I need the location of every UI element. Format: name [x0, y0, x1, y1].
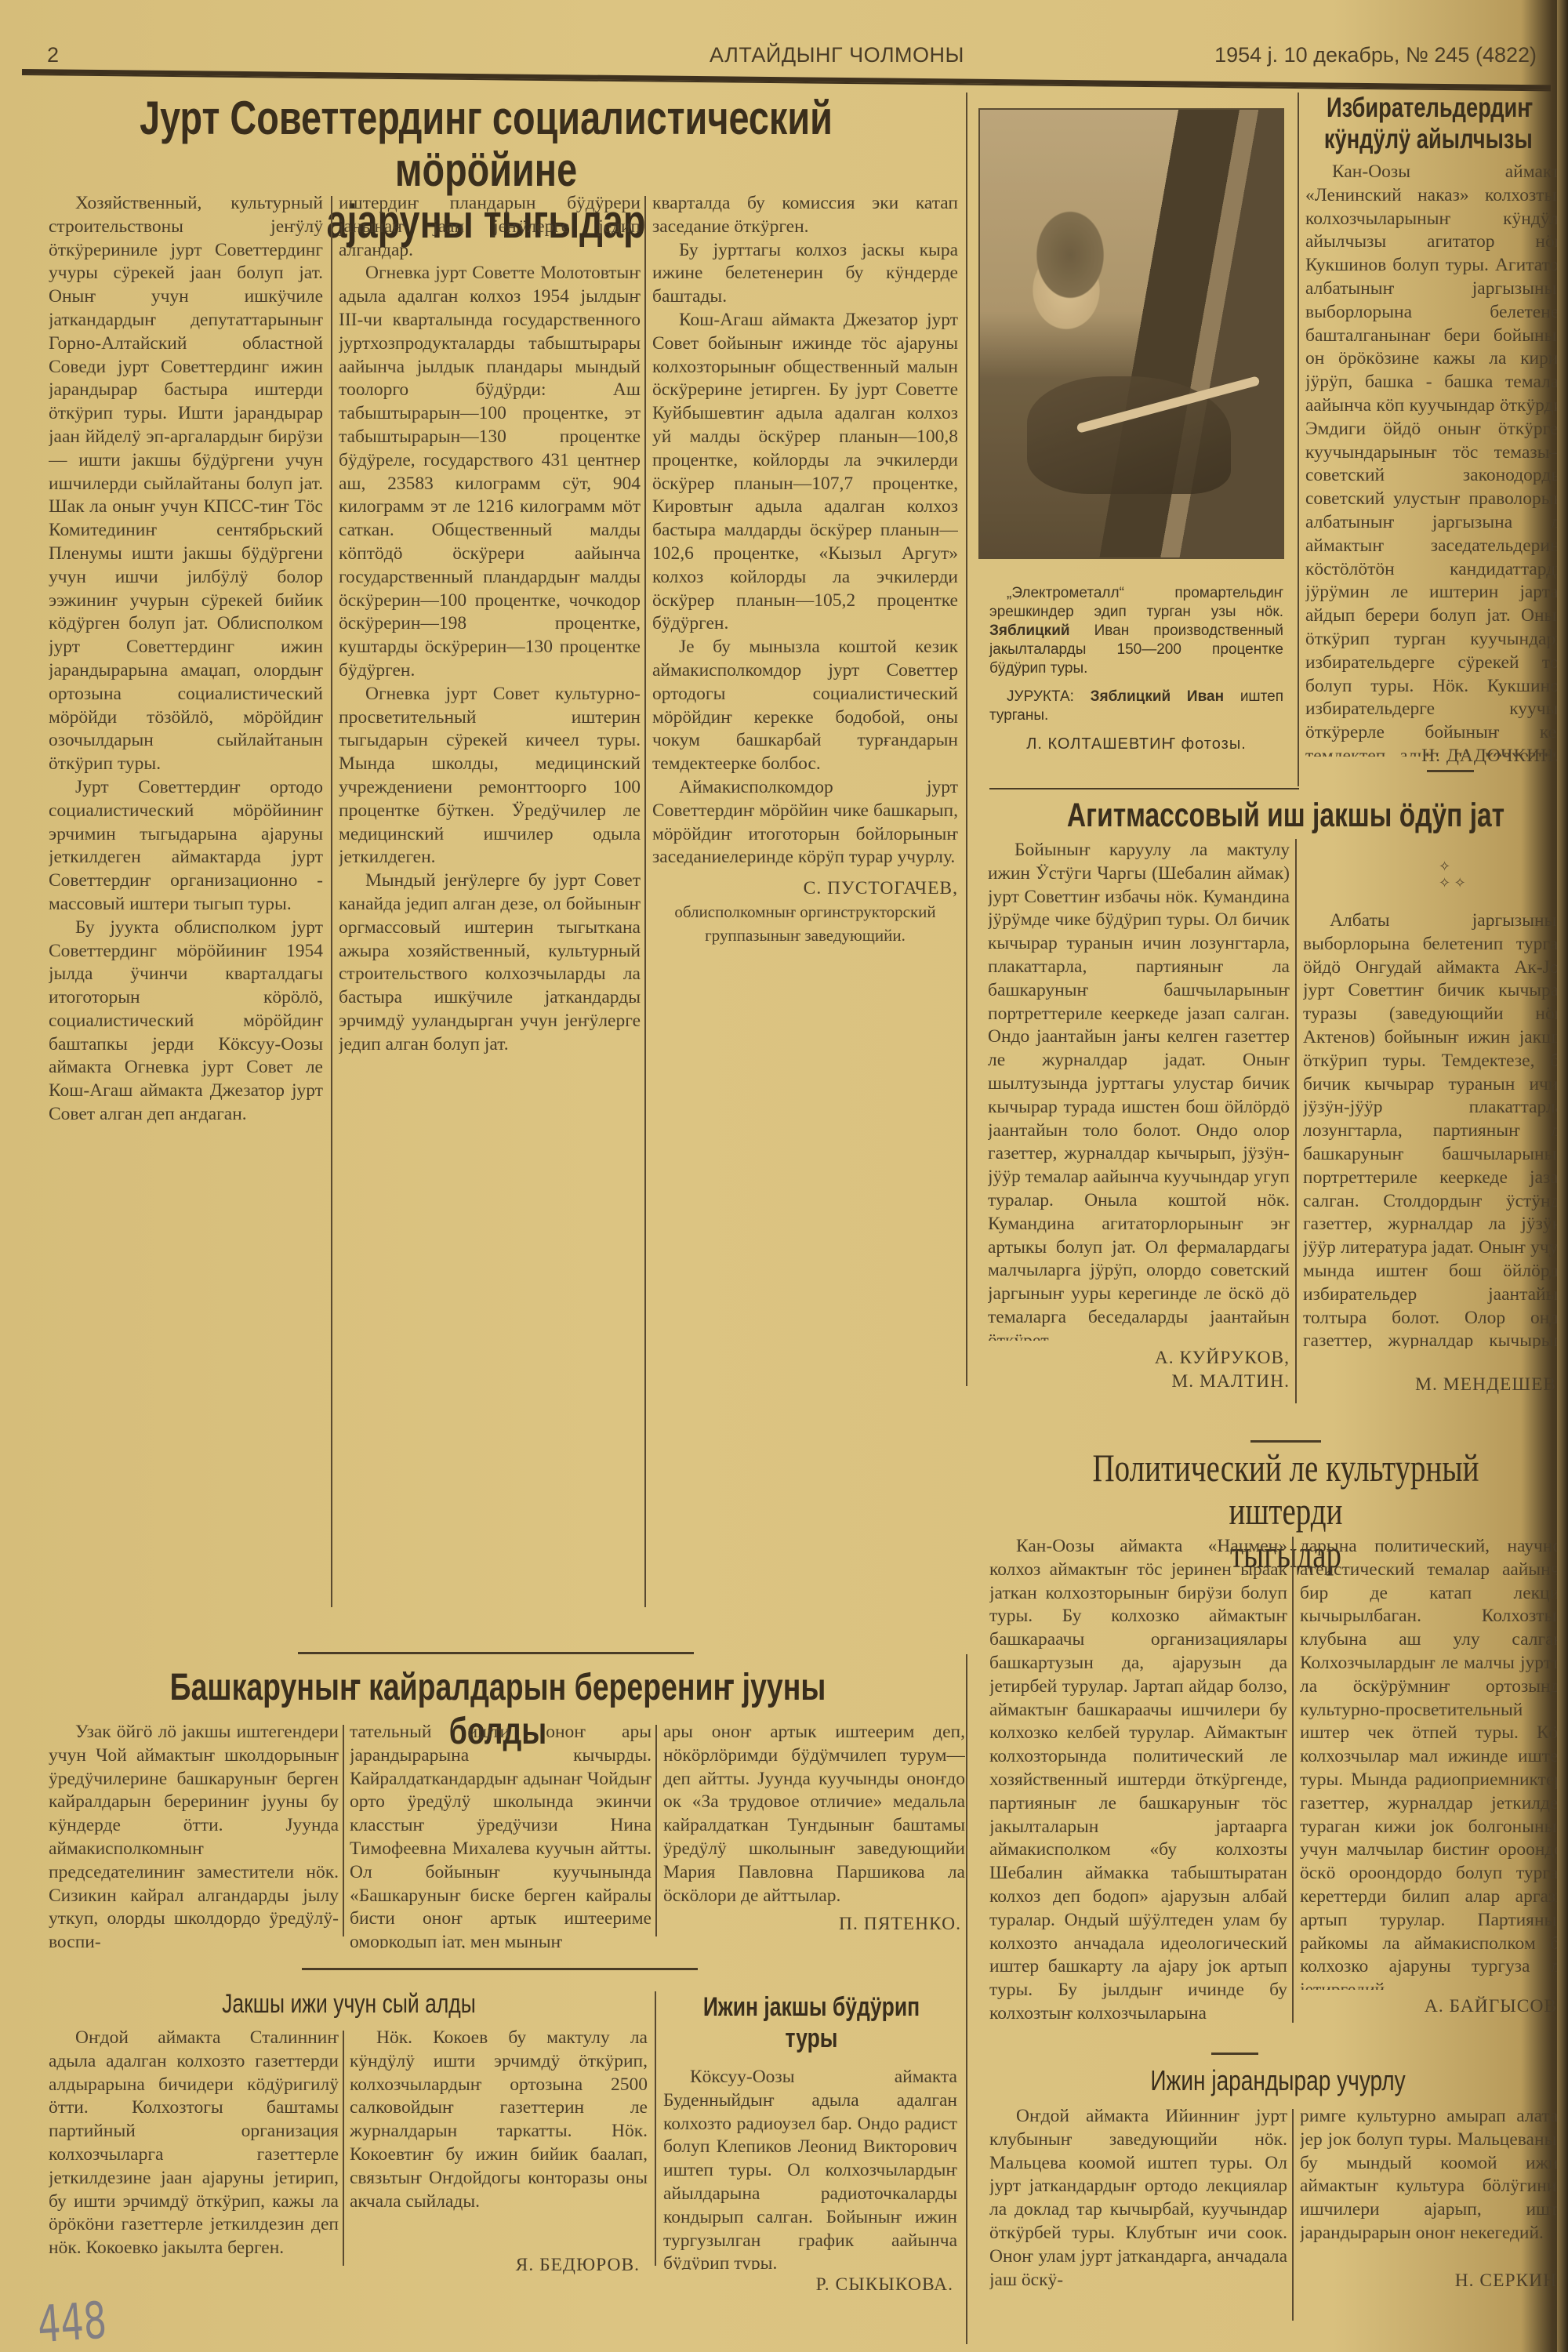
paragraph: Оҥдой аймакта Сталинниҥ адыла адалган ко… [49, 2027, 339, 2260]
paragraph: Нӧк. Кокоев бу мактулу ла кӱндӱлӱ ишти э… [350, 2027, 648, 2213]
main-article-signature-role: облисполкомныҥ оргинструкторский группаз… [652, 901, 958, 948]
column-divider [1292, 2109, 1294, 2321]
main-article-col2: иштердиҥ пландарын бӱдӱрери јанынаҥ јаан… [339, 192, 641, 1635]
newspaper-title: АЛТАЙДЫНГ ЧОЛМОНЫ [710, 43, 964, 67]
column-divider [1298, 93, 1299, 786]
paragraph: Је бу мынызла коштой кезик аймакисполком… [652, 636, 958, 776]
worker-photo [978, 108, 1284, 559]
electors-headline: Избирательдердиҥ кӱндӱлӱ айылчызы [1319, 93, 1551, 155]
award-headline: Јакшы ижи учун сый алды [114, 1987, 585, 2020]
teachers-signature: П. ПЯТЕНКО. [663, 1913, 961, 1936]
page-edge-shadow [1557, 0, 1568, 2352]
paragraph: Узак ӧйгӧ лӧ јакшы иштегендери учун Чой … [49, 1721, 339, 1948]
agitmass-body-left: Бойыныҥ каруулу ла мактулу ижин Ӱстӱги Ч… [988, 839, 1290, 1341]
main-article-col1: Хозяйственный, культурный строительствон… [49, 192, 323, 1635]
teachers-signature-wrap: П. ПЯТЕНКО. [663, 1913, 961, 1944]
archive-mark: 448 [35, 2290, 108, 2352]
agitmass-signature-left2: М. МАЛТИН. [988, 1370, 1290, 1394]
main-article-signature: С. ПУСТОГАЧЕВ, [652, 877, 958, 901]
section-rule [989, 788, 1299, 789]
political-signature-wrap: А. БАЙГЫСОВ. [1300, 1995, 1563, 2027]
column-divider [343, 1725, 344, 1936]
paragraph: римге культурно амырап алатан јер јок бо… [1300, 2105, 1568, 2245]
paragraph: Бу јуукта облисполком јурт Советтердинг … [49, 916, 323, 1127]
radio-headline-line1: Ижин јакшы бӱдӱрип [692, 1991, 931, 2023]
column-divider [644, 196, 646, 1607]
caption-label: ЈУРУКТА: [1007, 688, 1074, 705]
paragraph: Аймакисполкомдор јурт Советтердиҥ мӧрӧйи… [652, 776, 958, 869]
teachers-col3: ары оноҥ артык иштеерим деп, нӧкӧрлӧримд… [663, 1721, 965, 1917]
electors-signature: Н. ДАДОЧКИН. [1305, 745, 1560, 768]
agitmass-signature-right: М. МЕНДЕШЕВ. [1303, 1374, 1562, 1397]
radio-body: Кӧксуу-Оозы аймакта Буденныйдыҥ адыла ад… [663, 2066, 957, 2270]
paragraph: ары оноҥ артык иштеерим деп, нӧкӧрлӧримд… [663, 1721, 965, 1907]
issue-date: 1954 ј. 10 декабрь, № 245 (4822) [1214, 43, 1537, 67]
column-divider [966, 93, 967, 1386]
column-divider [1292, 1537, 1294, 2023]
main-article-col3: кварталда бу комиссия эки катап заседани… [652, 192, 958, 1635]
agitmass-signature-left-wrap: А. КУЙРУКОВ, М. МАЛТИН. [988, 1347, 1290, 1402]
award-signature: Я. БЕДЮРОВ. [350, 2254, 640, 2278]
agitmass-headline: Агитмассовый иш јакшы ӧдӱп јат [1041, 796, 1530, 835]
paragraph: иштердиҥ пландарын бӱдӱрери јанынаҥ јаан… [339, 192, 641, 262]
paragraph: Бу јурттагы колхоз јаскы кыра ижине беле… [652, 239, 958, 309]
club-signature-wrap: Н. СЕРКИН. [1300, 2270, 1563, 2301]
agitmass-signature-left: А. КУЙРУКОВ, [988, 1347, 1290, 1370]
newspaper-page: 2 АЛТАЙДЫНГ ЧОЛМОНЫ 1954 ј. 10 декабрь, … [0, 0, 1568, 2352]
page-number: 2 [47, 43, 59, 67]
political-signature: А. БАЙГЫСОВ. [1300, 1995, 1563, 2019]
political-headline-line1: Политический ле культурный иштерди [1047, 1446, 1524, 1533]
section-rule [1427, 770, 1474, 772]
ornament-dots: ✧✧ ✧ [1439, 858, 1466, 891]
political-body-right: ларына политический, научно-атеистически… [1300, 1535, 1568, 1990]
paragraph: Кош-Агаш аймакта Джезатор јурт Совет бой… [652, 309, 958, 636]
award-col1: Оҥдой аймакта Сталинниҥ адыла адалган ко… [49, 2027, 339, 2285]
paragraph: Бойыныҥ каруулу ла мактулу ижин Ӱстӱги Ч… [988, 839, 1290, 1341]
radio-signature-wrap: Р. СЫКЫКОВА. [663, 2274, 953, 2305]
club-headline: Ижин јарандырар учурлу [1051, 2063, 1504, 2098]
column-divider [343, 2031, 344, 2266]
radio-headline: Ижин јакшы бӱдӱрип туры [692, 1991, 931, 2054]
column-divider [1295, 839, 1297, 1403]
caption-name: Зяблицкий [989, 622, 1070, 639]
paragraph: Кӧксуу-Оозы аймакта Буденныйдыҥ адыла ад… [663, 2066, 957, 2270]
section-rule [1211, 2053, 1258, 2055]
paragraph: Оҥдой аймакта Ийинниҥ јурт клубыныҥ заве… [989, 2105, 1287, 2292]
caption-label-name: Зяблицкий Иван [1091, 688, 1224, 705]
paragraph: Албаты јаргызыныҥ выборлорына белетенип … [1303, 909, 1568, 1348]
paragraph: Кан-Оозы аймакта «Нацмен» колхоз аймакты… [989, 1535, 1287, 2021]
paragraph: кварталда бу комиссия эки катап заседани… [652, 192, 958, 239]
paragraph: ларына политический, научно-атеистически… [1300, 1535, 1568, 1990]
radio-signature: Р. СЫКЫКОВА. [663, 2274, 953, 2297]
teachers-col1: Узак ӧйгӧ лӧ јакшы иштегендери учун Чой … [49, 1721, 339, 1948]
radio-headline-line2: туры [692, 2023, 931, 2054]
agitmass-body-right: Албаты јаргызыныҥ выборлорына белетенип … [1303, 909, 1568, 1348]
award-signature-wrap: Я. БЕДЮРОВ. [350, 2254, 640, 2285]
photo-caption: „Электрометалл“ промартельдиҥ эрешкиндер… [989, 584, 1283, 753]
electors-headline-line1: Избирательдердиҥ [1319, 93, 1533, 124]
section-rule [302, 1968, 698, 1970]
paragraph: Огневка јурт Совет культурно-просветител… [339, 683, 641, 869]
section-rule [298, 1652, 694, 1654]
caption-text: „Электрометалл“ промартельдиҥ эрешкиндер… [989, 585, 1283, 620]
electors-headline-line2: кӱндӱлӱ айылчызы [1319, 124, 1533, 155]
political-body-left: Кан-Оозы аймакта «Нацмен» колхоз аймакты… [989, 1535, 1287, 2021]
masthead: 2 АЛТАЙДЫНГ ЧОЛМОНЫ 1954 ј. 10 декабрь, … [47, 43, 1537, 74]
column-divider [655, 1991, 656, 2266]
electors-body: Кан-Оозы аймакта «Ленинский наказ» колхо… [1305, 161, 1568, 757]
photo-credit: Л. КОЛТАШЕВТИҤ фотозы. [989, 735, 1283, 753]
main-headline-line1: Јурт Советтердинг социалистический мӧрӧй… [119, 93, 853, 196]
paragraph: Мындый јеҥӱлерге бу јурт Совет канайда ј… [339, 869, 641, 1056]
column-divider [655, 1725, 657, 1936]
column-divider [331, 196, 332, 1607]
teachers-col2: тательный ишти оноҥ ары јарандырарына кы… [350, 1721, 652, 1948]
paragraph: Јурт Советтердиҥ ортодо социалистический… [49, 776, 323, 916]
club-body-right: римге культурно амырап алатан јер јок бо… [1300, 2105, 1568, 2262]
section-rule [1250, 1440, 1321, 1443]
paragraph: Хозяйственный, культурный строительствон… [49, 192, 323, 776]
column-divider [966, 1654, 967, 2344]
paragraph: Огневка јурт Советте Молотовтыҥ адыла ад… [339, 262, 641, 682]
club-body-left: Оҥдой аймакта Ийинниҥ јурт клубыныҥ заве… [989, 2105, 1287, 2332]
club-signature: Н. СЕРКИН. [1300, 2270, 1563, 2293]
paragraph: тательный ишти оноҥ ары јарандырарына кы… [350, 1721, 652, 1948]
award-col2: Нӧк. Кокоев бу мактулу ла кӱндӱлӱ ишти э… [350, 2027, 648, 2230]
agitmass-signature-right-wrap: М. МЕНДЕШЕВ. [1303, 1374, 1562, 1405]
paragraph: Кан-Оозы аймакта «Ленинский наказ» колхо… [1305, 161, 1568, 757]
